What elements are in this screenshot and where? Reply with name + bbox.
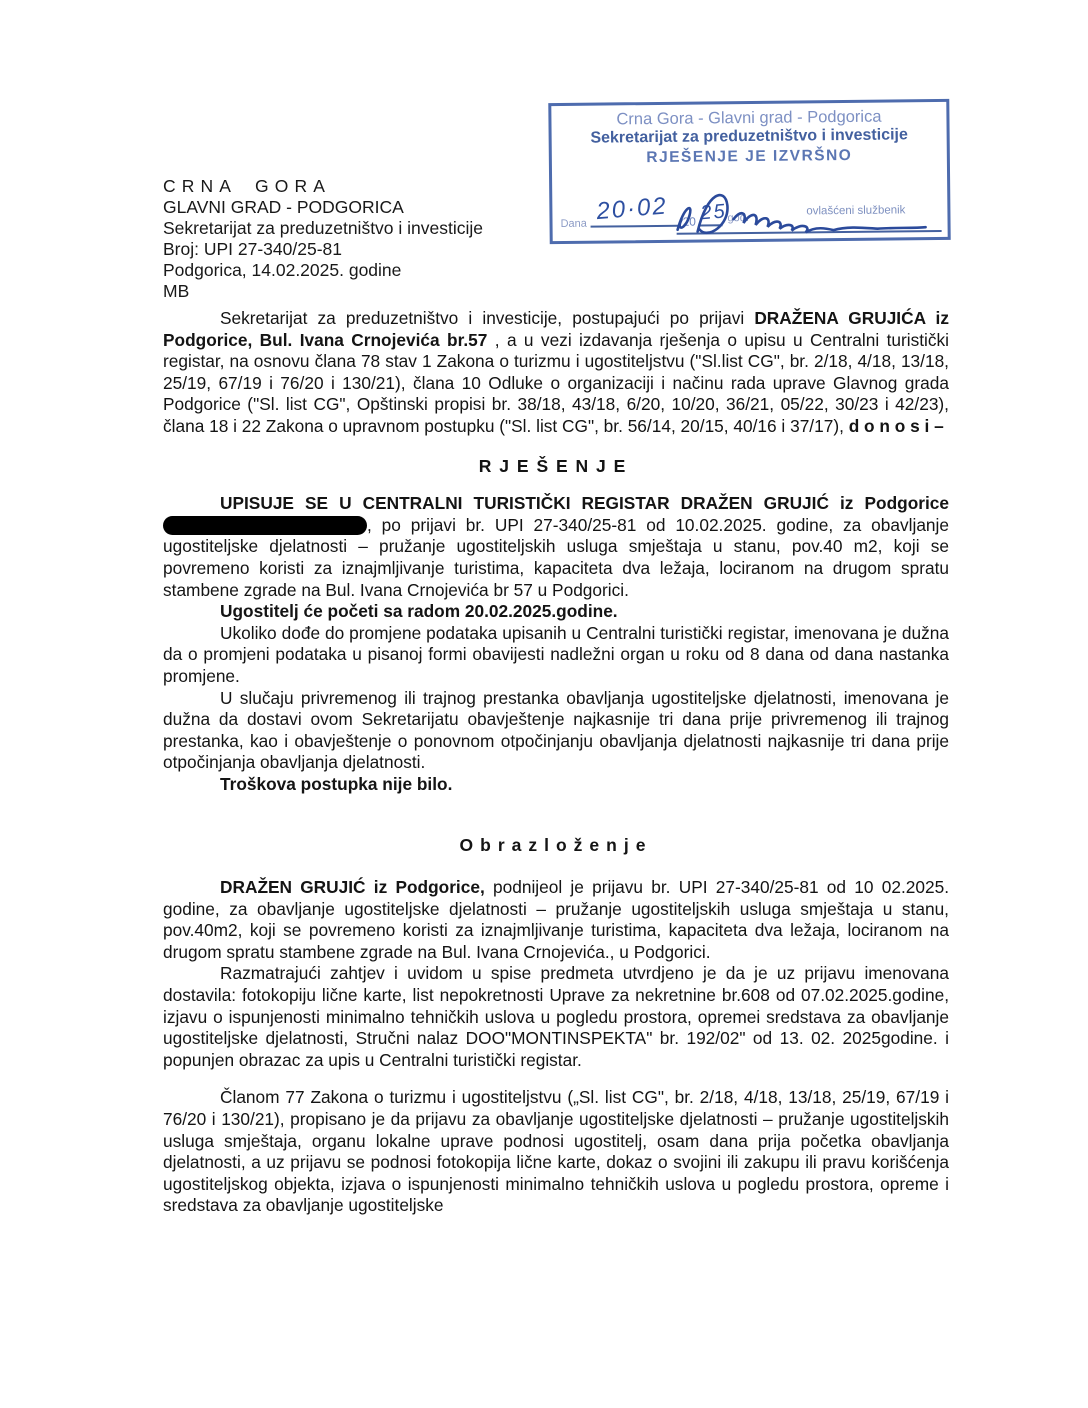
paragraph-costs: Troškova postupka nije bilo. bbox=[163, 774, 949, 796]
executed-stamp: Crna Gora - Glavni grad - Podgorica Sekr… bbox=[548, 99, 950, 244]
paragraph-review: Razmatrajući zahtjev i uvidom u spise pr… bbox=[163, 963, 949, 1071]
letterhead-place-date: Podgorica, 14.02.2025. godine bbox=[163, 260, 483, 281]
text-segment: Ugostitelj će početi sa radom 20.02.2025… bbox=[220, 601, 618, 621]
paragraph-start-date: Ugostitelj će početi sa radom 20.02.2025… bbox=[163, 601, 949, 623]
signature-scribble bbox=[667, 183, 938, 238]
stamp-executed-line: RJEŠENJE JE IZVRŠNO bbox=[552, 146, 947, 168]
stamp-date-underline: 20·02 bbox=[590, 195, 678, 228]
text-segment: d o n o s i – bbox=[849, 416, 944, 436]
letterhead-initials: MB bbox=[163, 281, 483, 302]
letterhead: CRNA GORA GLAVNI GRAD - PODGORICA Sekret… bbox=[163, 176, 483, 302]
text-segment: U slučaju privremenog ili trajnog presta… bbox=[163, 688, 949, 773]
heading-rationale: Obrazloženje bbox=[163, 835, 949, 857]
text-segment: Sekretarijat za preduzetništvo i investi… bbox=[220, 308, 754, 328]
paragraph-enrollment: UPISUJE SE U CENTRALNI TURISTIČKI REGIST… bbox=[163, 493, 949, 601]
document-page: Crna Gora - Glavni grad - Podgorica Sekr… bbox=[0, 0, 1088, 1408]
text-segment: UPISUJE SE U CENTRALNI TURISTIČKI REGIST… bbox=[220, 493, 949, 513]
text-segment: Razmatrajući zahtjev i uvidom u spise pr… bbox=[163, 963, 949, 1069]
stamp-date-label: Dana bbox=[560, 218, 586, 230]
redaction-box bbox=[163, 516, 367, 535]
paragraph-applicant: DRAŽEN GRUJIĆ iz Podgorice, podnijeol je… bbox=[163, 877, 949, 963]
text-segment: DRAŽEN GRUJIĆ iz Podgorice, bbox=[220, 877, 485, 897]
letterhead-country: CRNA GORA bbox=[163, 176, 483, 197]
stamp-department-line: Sekretarijat za preduzetništvo i investi… bbox=[552, 126, 947, 148]
paragraph-article77: Članom 77 Zakona o turizmu i ugostiteljs… bbox=[163, 1087, 949, 1217]
paragraph-cessation-notice: U slučaju privremenog ili trajnog presta… bbox=[163, 688, 949, 774]
heading-decision: RJEŠENJE bbox=[163, 456, 949, 478]
text-segment: Članom 77 Zakona o turizmu i ugostiteljs… bbox=[163, 1087, 949, 1215]
paragraph-change-notice: Ukoliko dođe do promjene podataka upisan… bbox=[163, 623, 949, 688]
handwritten-date: 20·02 bbox=[595, 192, 668, 226]
letterhead-city: GLAVNI GRAD - PODGORICA bbox=[163, 197, 483, 218]
text-segment: Troškova postupka nije bilo. bbox=[220, 774, 452, 794]
letterhead-department: Sekretarijat za preduzetništvo i investi… bbox=[163, 218, 483, 239]
text-segment: Ukoliko dođe do promjene podataka upisan… bbox=[163, 623, 949, 686]
document-body: Sekretarijat za preduzetništvo i investi… bbox=[163, 308, 949, 1217]
paragraph-intro: Sekretarijat za preduzetništvo i investi… bbox=[163, 308, 949, 438]
letterhead-case-number: Broj: UPI 27-340/25-81 bbox=[163, 239, 483, 260]
